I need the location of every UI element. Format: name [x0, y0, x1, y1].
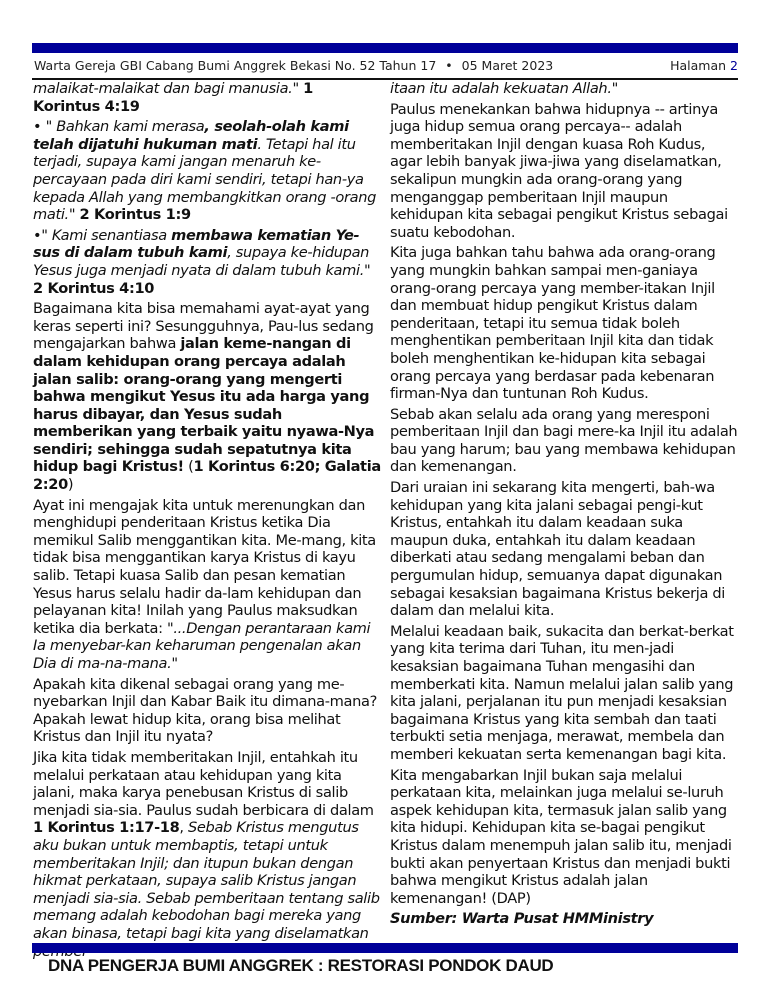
left-column: malaikat-malaikat dan bagi manusia." 1 K…: [33, 80, 383, 963]
verse-text: malaikat-malaikat dan bagi manusia.": [33, 80, 303, 97]
right-column: itaan itu adalah kekuatan Allah." Paulus…: [390, 80, 740, 931]
paragraph: Jika kita tidak memberitakan Injil, enta…: [33, 749, 383, 960]
paragraph: Ayat ini mengajak kita untuk merenungkan…: [33, 497, 383, 673]
header-publication-info: Warta Gereja GBI Cabang Bumi Anggrek Bek…: [34, 58, 553, 73]
paragraph: Kita juga bahkan tahu bahwa ada orang-or…: [390, 244, 740, 402]
header-accent-bar: [32, 43, 738, 53]
paragraph: Apakah kita dikenal sebagai orang yang m…: [33, 676, 383, 746]
body-text: Jika kita tidak memberitakan Injil, enta…: [33, 749, 374, 819]
paren: ): [68, 476, 73, 493]
bullet-verse: •" Kami senantiasa membawa kematian Ye-s…: [33, 227, 383, 297]
body-text: Ayat ini mengajak kita untuk merenungkan…: [33, 497, 376, 637]
page-label: Halaman: [670, 58, 726, 73]
page-number: 2: [730, 58, 738, 73]
verse-quote: Sebab Kristus mengutus aku bukan untuk m…: [33, 819, 380, 959]
footer-title: DNA PENGERJA BUMI ANGGREK : RESTORASI PO…: [48, 956, 553, 976]
verse-reference: 1 Korintus 1:17-18: [33, 819, 179, 836]
paragraph: Sebab akan selalu ada orang yang merespo…: [390, 406, 740, 476]
verse-text: " Bahkan kami merasa: [46, 118, 205, 135]
paragraph: itaan itu adalah kekuatan Allah.": [390, 80, 740, 98]
bullet-verse: • " Bahkan kami merasa, seolah-olah kami…: [33, 118, 383, 224]
bullet-separator-icon: •: [445, 58, 452, 73]
paragraph: Bagaimana kita bisa memahami ayat-ayat y…: [33, 300, 383, 494]
verse-reference: 2 Korintus 1:9: [79, 206, 190, 223]
emphasis-text: jalan keme-nangan di dalam kehidupan ora…: [33, 335, 374, 475]
footer-accent-bar: [32, 943, 738, 953]
paragraph: Melalui keadaan baik, sukacita dan berka…: [390, 623, 740, 764]
bullet-icon: •: [33, 118, 46, 135]
verse-quote: itaan itu adalah kekuatan Allah.": [390, 80, 618, 97]
verse-reference: 2 Korintus 4:10: [33, 280, 154, 297]
paragraph: malaikat-malaikat dan bagi manusia." 1 K…: [33, 80, 383, 115]
body-text: ,: [179, 819, 188, 836]
publication-title: Warta Gereja GBI Cabang Bumi Anggrek Bek…: [34, 58, 436, 73]
source-credit: Sumber: Warta Pusat HMMinistry: [390, 910, 740, 928]
paragraph: Paulus menekankan bahwa hidupnya -- arti…: [390, 101, 740, 242]
paragraph: Dari uraian ini sekarang kita mengerti, …: [390, 479, 740, 620]
page-header: Warta Gereja GBI Cabang Bumi Anggrek Bek…: [34, 55, 738, 77]
issue-date: 05 Maret 2023: [462, 58, 554, 73]
paragraph: Kita mengabarkan Injil bukan saja melalu…: [390, 767, 740, 908]
verse-text: " Kami senantiasa: [41, 227, 171, 244]
body-text: Apakah kita dikenal sebagai orang yang m…: [33, 676, 377, 746]
page-indicator: Halaman 2: [670, 58, 738, 73]
